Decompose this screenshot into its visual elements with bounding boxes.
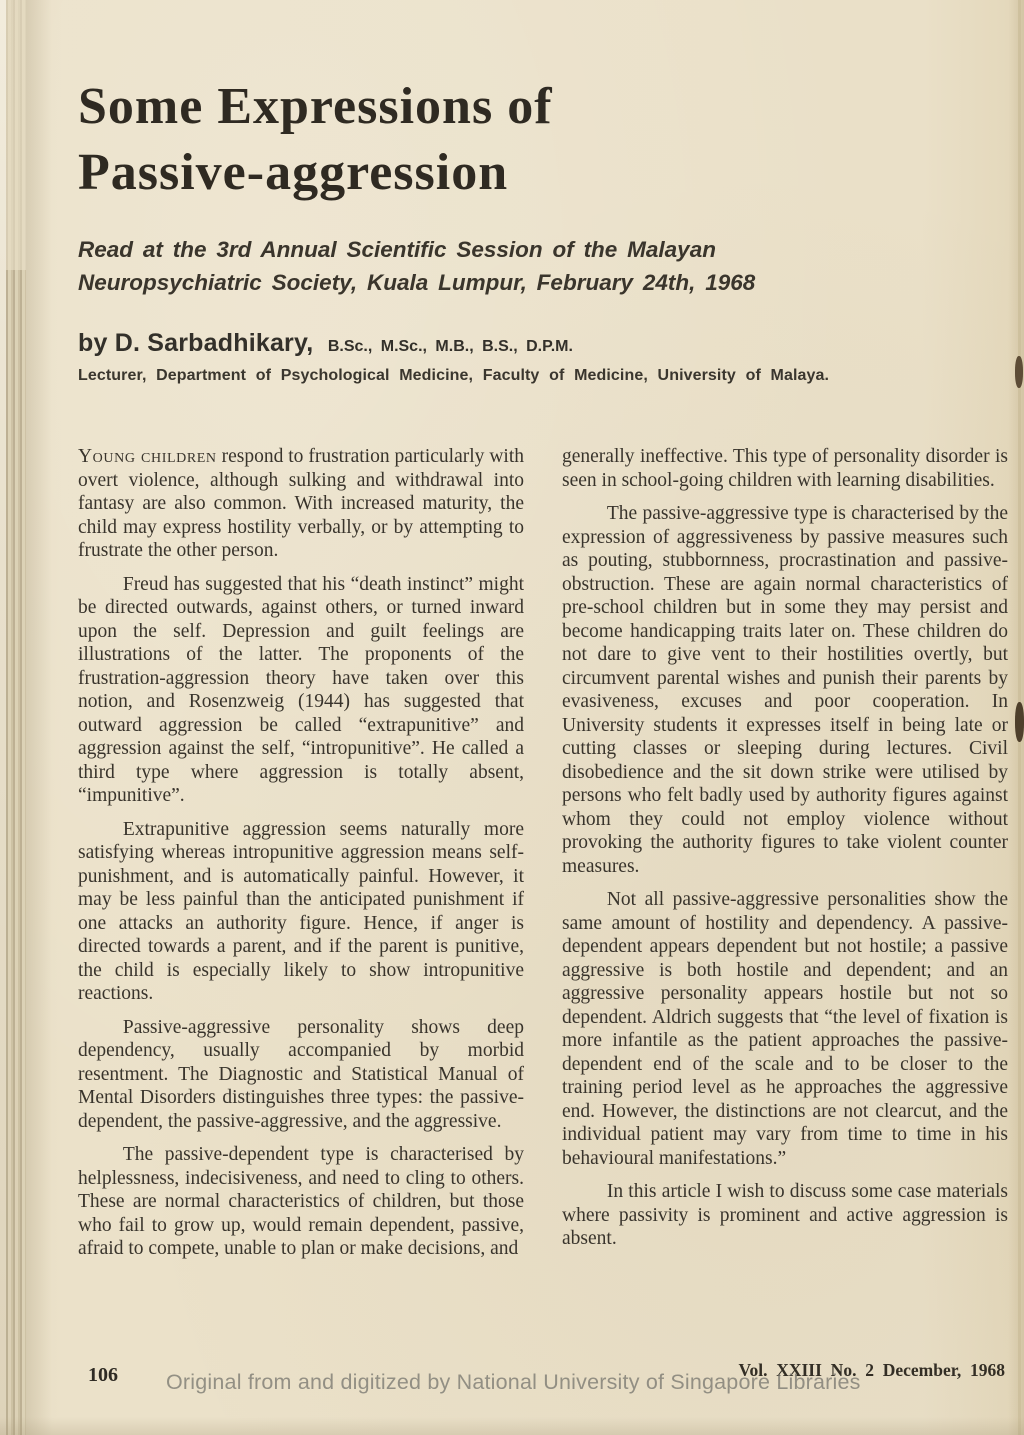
article-subtitle: Read at the 3rd Annual Scientific Sessio… xyxy=(78,233,858,299)
body-paragraph: Freud has suggested that his “death inst… xyxy=(78,573,524,808)
body-paragraph: Young children respond to frustration pa… xyxy=(78,445,524,563)
digitization-watermark: Original from and digitized by National … xyxy=(166,1370,861,1395)
body-paragraph: In this article I wish to discuss some c… xyxy=(562,1180,1008,1251)
page-footer: 106 Original from and digitized by Natio… xyxy=(0,1358,1024,1428)
body-paragraph: The passive-aggressive type is character… xyxy=(562,502,1008,878)
scanned-journal-page: Some Expressions of Passive-aggression R… xyxy=(0,0,1024,1435)
article-title: Some Expressions of Passive-aggression xyxy=(78,74,1008,206)
author-credentials: B.Sc., M.Sc., M.B., B.S., D.P.M. xyxy=(328,338,573,355)
page-number: 106 xyxy=(88,1364,118,1387)
left-column: Young children respond to frustration pa… xyxy=(78,445,524,1271)
title-line-2: Passive-aggression xyxy=(78,144,508,201)
body-paragraph: Passive-aggressive personality shows dee… xyxy=(78,1016,524,1134)
author-name: by D. Sarbadhikary, xyxy=(78,329,313,357)
body-paragraph: generally ineffective. This type of pers… xyxy=(562,445,1008,492)
right-column: generally ineffective. This type of pers… xyxy=(562,445,1008,1271)
body-paragraph: Not all passive-aggressive personalities… xyxy=(562,888,1008,1170)
title-line-1: Some Expressions of xyxy=(78,78,553,135)
two-column-body: Young children respond to frustration pa… xyxy=(78,445,1008,1271)
author-affiliation: Lecturer, Department of Psychological Me… xyxy=(78,367,1008,385)
lead-in-smallcaps: Young children xyxy=(78,446,217,467)
body-paragraph: Extrapunitive aggression seems naturally… xyxy=(78,818,524,1006)
article-content: Some Expressions of Passive-aggression R… xyxy=(0,0,1024,1271)
byline: by D. Sarbadhikary, B.Sc., M.Sc., M.B., … xyxy=(78,329,1008,358)
body-paragraph: The passive-dependent type is characteri… xyxy=(78,1143,524,1261)
